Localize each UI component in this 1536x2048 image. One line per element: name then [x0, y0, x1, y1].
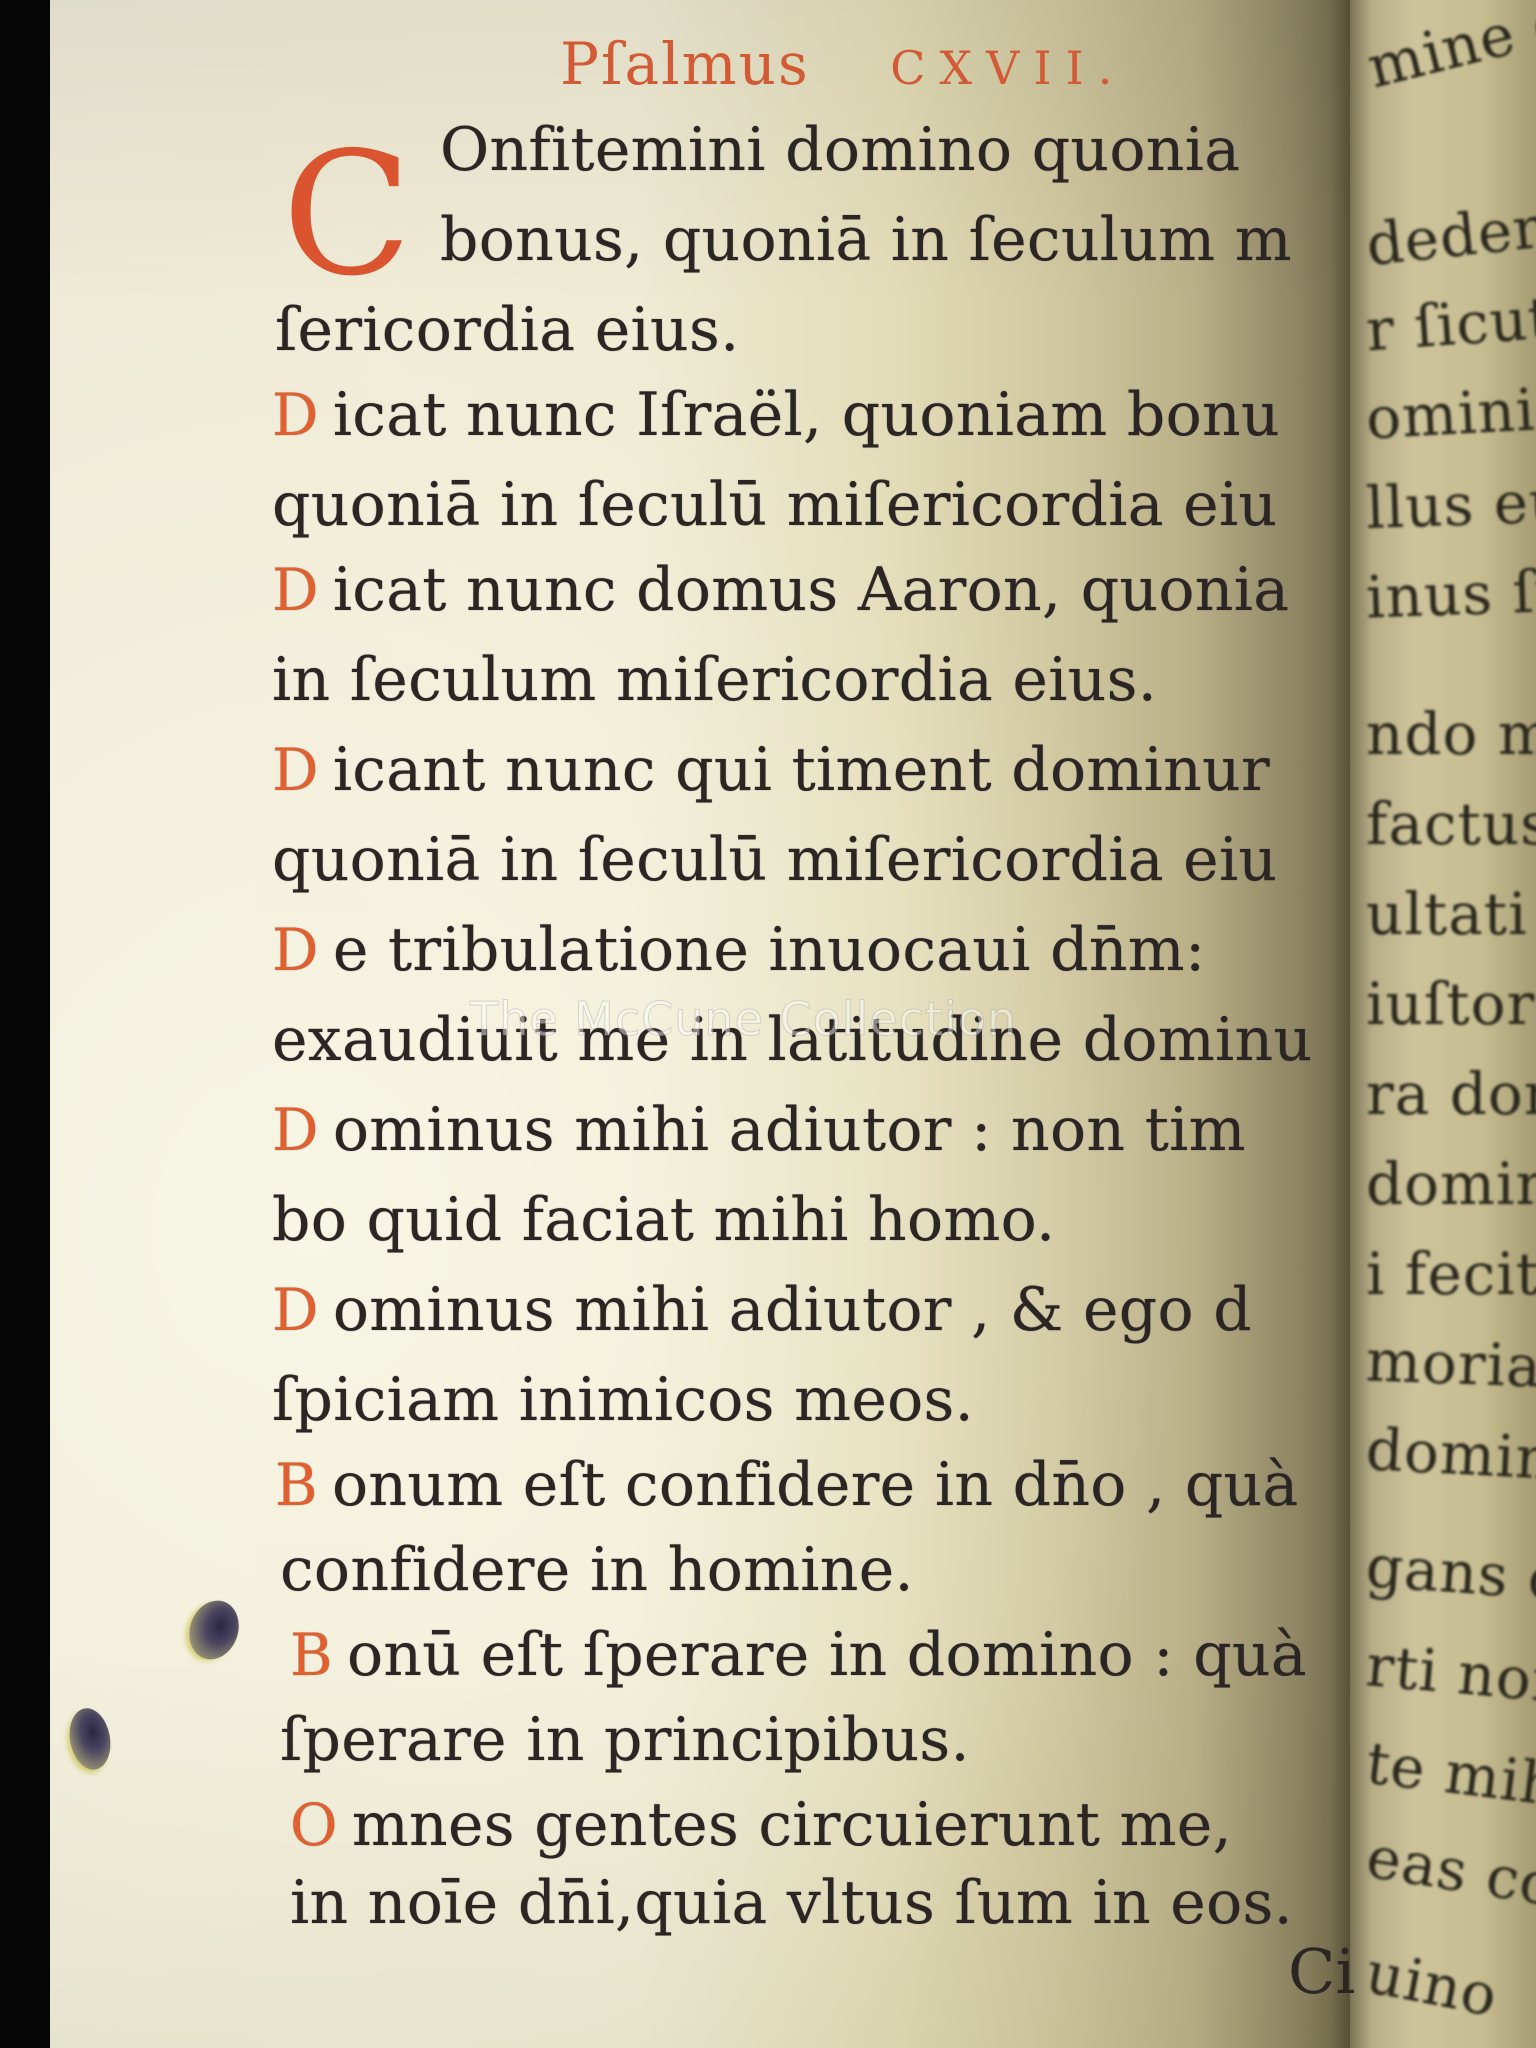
verse-line: Dominus mihi adiutor , & ego d — [272, 1275, 1252, 1345]
facing-page-fragment: uino — [1361, 1938, 1504, 2030]
text-line: ſpiciam inimicos meos. — [272, 1365, 974, 1435]
facing-page-fragment: eas con — [1362, 1823, 1536, 1926]
rubric-initial: D — [272, 1276, 319, 1344]
text-line: quoniā in ſeculū miſericordia eiu — [272, 825, 1277, 895]
facing-page: mine c dederū r ſicut omini llus euc inu… — [1350, 0, 1536, 2048]
text-line: in ſeculum miſericordia eius. — [272, 645, 1157, 715]
facing-page-fragment: te mih — [1363, 1728, 1536, 1819]
verse-line: Bonum eſt confidere in dn̄o , quà — [275, 1450, 1299, 1520]
text-line: bonus, quoniā in ſeculum m — [440, 205, 1292, 275]
facing-page-fragment: i fecit — [1366, 1240, 1536, 1308]
psalm-number: CXVII. — [890, 41, 1126, 95]
drop-cap: C — [282, 130, 412, 300]
verse-line: Bonū eſt ſperare in domino : quà — [290, 1620, 1307, 1690]
rubric-initial: D — [272, 381, 319, 449]
text-line: Onfitemini domino quonia — [440, 115, 1240, 185]
verse-line: Dicant nunc qui timent dominur — [272, 735, 1270, 805]
rubric-initial: O — [290, 1791, 338, 1859]
rubric-initial: D — [272, 736, 319, 804]
verse-line: De tribulatione inuocaui dn̄m: — [272, 915, 1205, 985]
facing-page-fragment: inus ſu — [1365, 556, 1536, 631]
verse-line: Dicat nunc domus Aaron, quonia — [272, 555, 1289, 625]
facing-page-fragment: domin — [1364, 1415, 1536, 1493]
verse-line: Dicat nunc Iſraël, quoniam bonu — [272, 380, 1280, 450]
text-line: in noīe dn̄i,quia vltus ſum in eos. — [290, 1868, 1293, 1938]
facing-page-fragment: dederū — [1363, 189, 1536, 279]
text-line: confidere in homine. — [280, 1535, 914, 1605]
catchword: Ci — [1288, 1935, 1355, 2008]
text-line: ſericordia eius. — [275, 295, 739, 365]
psalm-heading: Pſalmus CXVII. — [560, 30, 1126, 98]
psalm-title: Pſalmus — [560, 30, 810, 98]
facing-page-fragment: factus — [1366, 790, 1536, 858]
facing-page-fragment: moriar — [1365, 1326, 1536, 1401]
facing-page-fragment: omini — [1364, 376, 1536, 453]
facing-page-fragment: rti non — [1363, 1631, 1536, 1717]
facing-page-fragment: r ſicut — [1364, 284, 1536, 365]
rubric-initial: D — [272, 556, 319, 624]
text-line: bo quid faciat mihi homo. — [272, 1185, 1055, 1255]
rubric-initial: B — [275, 1451, 318, 1519]
facing-page-fragment: mine c — [1361, 0, 1536, 101]
facing-page-fragment: ultati — [1366, 880, 1528, 948]
rubric-initial: B — [290, 1621, 333, 1689]
rubric-initial: D — [272, 1096, 319, 1164]
facing-page-fragment: ndo m — [1366, 700, 1536, 768]
left-background — [0, 0, 50, 2048]
text-line: ſperare in principibus. — [280, 1705, 970, 1775]
rubric-initial: D — [272, 916, 319, 984]
facing-page-fragment: domin — [1366, 1150, 1536, 1218]
verse-line: Dominus mihi adiutor : non tim — [272, 1095, 1246, 1165]
watermark: The McCune Collection — [470, 992, 1017, 1046]
facing-page-fragment: llus euc — [1365, 466, 1536, 542]
facing-page-fragment: ra dom — [1366, 1060, 1536, 1128]
facing-page-fragment: iuſtor — [1366, 970, 1535, 1038]
verse-line: Omnes gentes circuierunt me, — [290, 1790, 1232, 1860]
facing-page-fragment: gans ca — [1364, 1532, 1536, 1616]
text-line: quoniā in ſeculū miſericordia eiu — [272, 470, 1277, 540]
